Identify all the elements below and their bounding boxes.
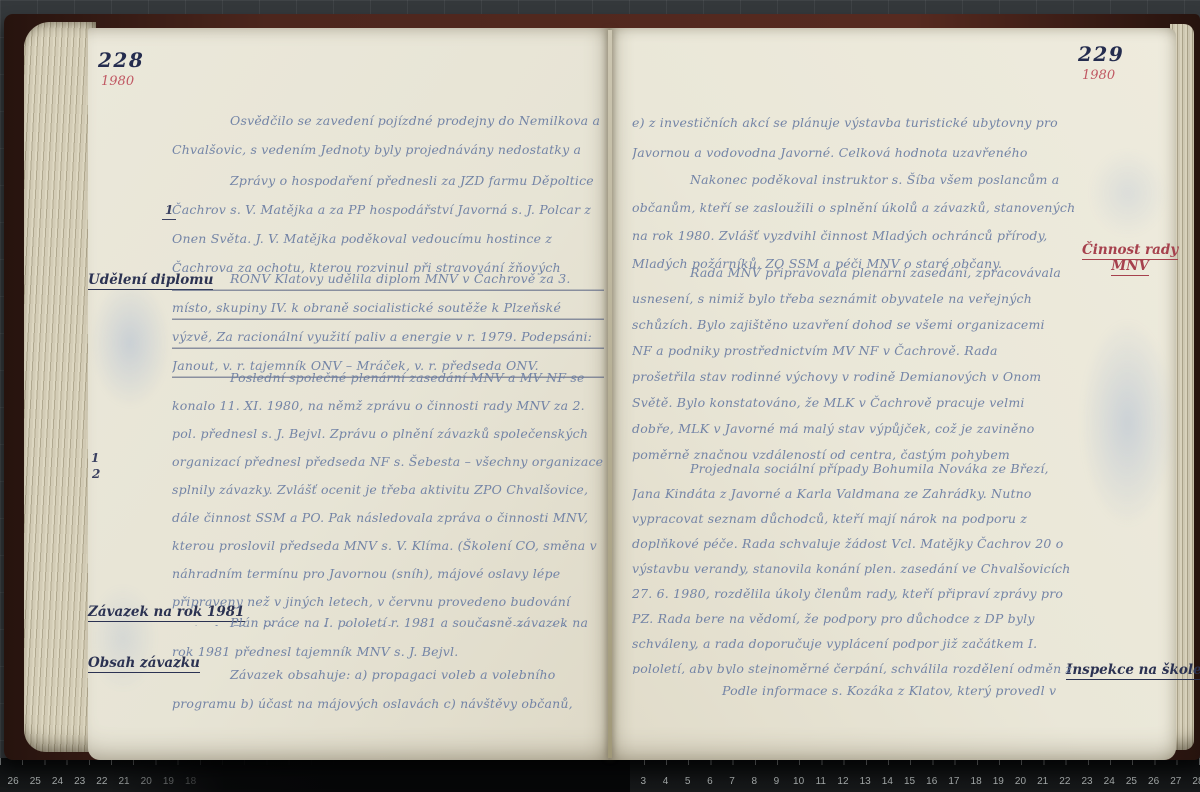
ink-bleed-through	[1088, 148, 1168, 238]
ruler-number: 21	[1032, 776, 1054, 787]
margin-note-cinnost-rady: Činnost rady MNV	[1082, 242, 1178, 274]
margin-note-inspekce: Inspekce na škole	[1066, 662, 1200, 678]
ruler-number: 24	[1098, 776, 1120, 787]
paragraph: Osvědčilo se zavedení pojízdné prodejny …	[172, 106, 604, 168]
chronicle-book: 228 1980 1 1 2 Udělení diplomu Závazek n…	[4, 14, 1200, 760]
page-left: 228 1980 1 1 2 Udělení diplomu Závazek n…	[88, 28, 610, 760]
ruler-number: 17	[943, 776, 965, 787]
ruler-number: 25	[24, 776, 46, 787]
ruler-number: 11	[810, 776, 832, 787]
ruler-number: 28	[1187, 776, 1200, 787]
paragraph: Podle informace s. Kozáka z Klatov, kter…	[632, 676, 1062, 706]
paragraph: Plán práce na I. pololetí r. 1981 a souč…	[172, 608, 604, 666]
ruler-number: 26	[2, 776, 24, 787]
page-number: 228	[98, 48, 144, 72]
ink-bleed-through	[90, 278, 170, 408]
ruler-number: 16	[921, 776, 943, 787]
year-label: 1980	[1082, 68, 1115, 83]
year-label: 1980	[101, 74, 134, 89]
page-edge-stack-left	[24, 22, 96, 752]
ruler-number: 4	[654, 776, 676, 787]
page-right: 229 1980 Činnost rady MNV Inspekce na šk…	[610, 28, 1176, 760]
ruler-number: 20	[1009, 776, 1031, 787]
ruler-number: 26	[1143, 776, 1165, 787]
ruler-number: 8	[743, 776, 765, 787]
ruler-number: 5	[677, 776, 699, 787]
ruler-number: 9	[765, 776, 787, 787]
book-shadow-on-ruler	[110, 758, 630, 792]
ruler-number: 14	[876, 776, 898, 787]
ink-bleed-through	[88, 583, 158, 693]
ruler-number: 18	[965, 776, 987, 787]
book-gutter	[608, 30, 612, 758]
ruler-number: 27	[1165, 776, 1187, 787]
ruler-number: 24	[46, 776, 68, 787]
scanned-chronicle-photo: 262524232221201918 234567891011121314151…	[0, 0, 1200, 792]
ruler-number: 15	[898, 776, 920, 787]
ruler-number: 10	[788, 776, 810, 787]
ruler-number: 22	[1054, 776, 1076, 787]
paragraph: Poslední společné plenární zasedání MNV …	[172, 364, 606, 626]
paragraph: Závazek obsahuje: a) propagaci voleb a v…	[172, 660, 604, 720]
margin-mark: 2	[92, 468, 100, 481]
ruler-number: 13	[854, 776, 876, 787]
ruler-number: 25	[1120, 776, 1142, 787]
page-number: 229	[1078, 42, 1124, 66]
ruler-number: 7	[721, 776, 743, 787]
ruler-number: 3	[632, 776, 654, 787]
ink-bleed-through	[1080, 318, 1175, 528]
ruler-number: 6	[699, 776, 721, 787]
paragraph: Projednala sociální případy Bohumila Nov…	[632, 456, 1076, 674]
ruler-numbers-right: 2345678910111213141516171819202122232425…	[610, 776, 1200, 787]
paragraph: e) z investičních akcí se plánuje výstav…	[632, 108, 1076, 170]
ruler-number: 19	[987, 776, 1009, 787]
ruler-number: 23	[1076, 776, 1098, 787]
ruler-number: 23	[69, 776, 91, 787]
ruler-number: 12	[832, 776, 854, 787]
paragraph: Rada MNV připravovala plenární zasedání,…	[632, 260, 1062, 468]
margin-mark: 1	[91, 452, 99, 465]
